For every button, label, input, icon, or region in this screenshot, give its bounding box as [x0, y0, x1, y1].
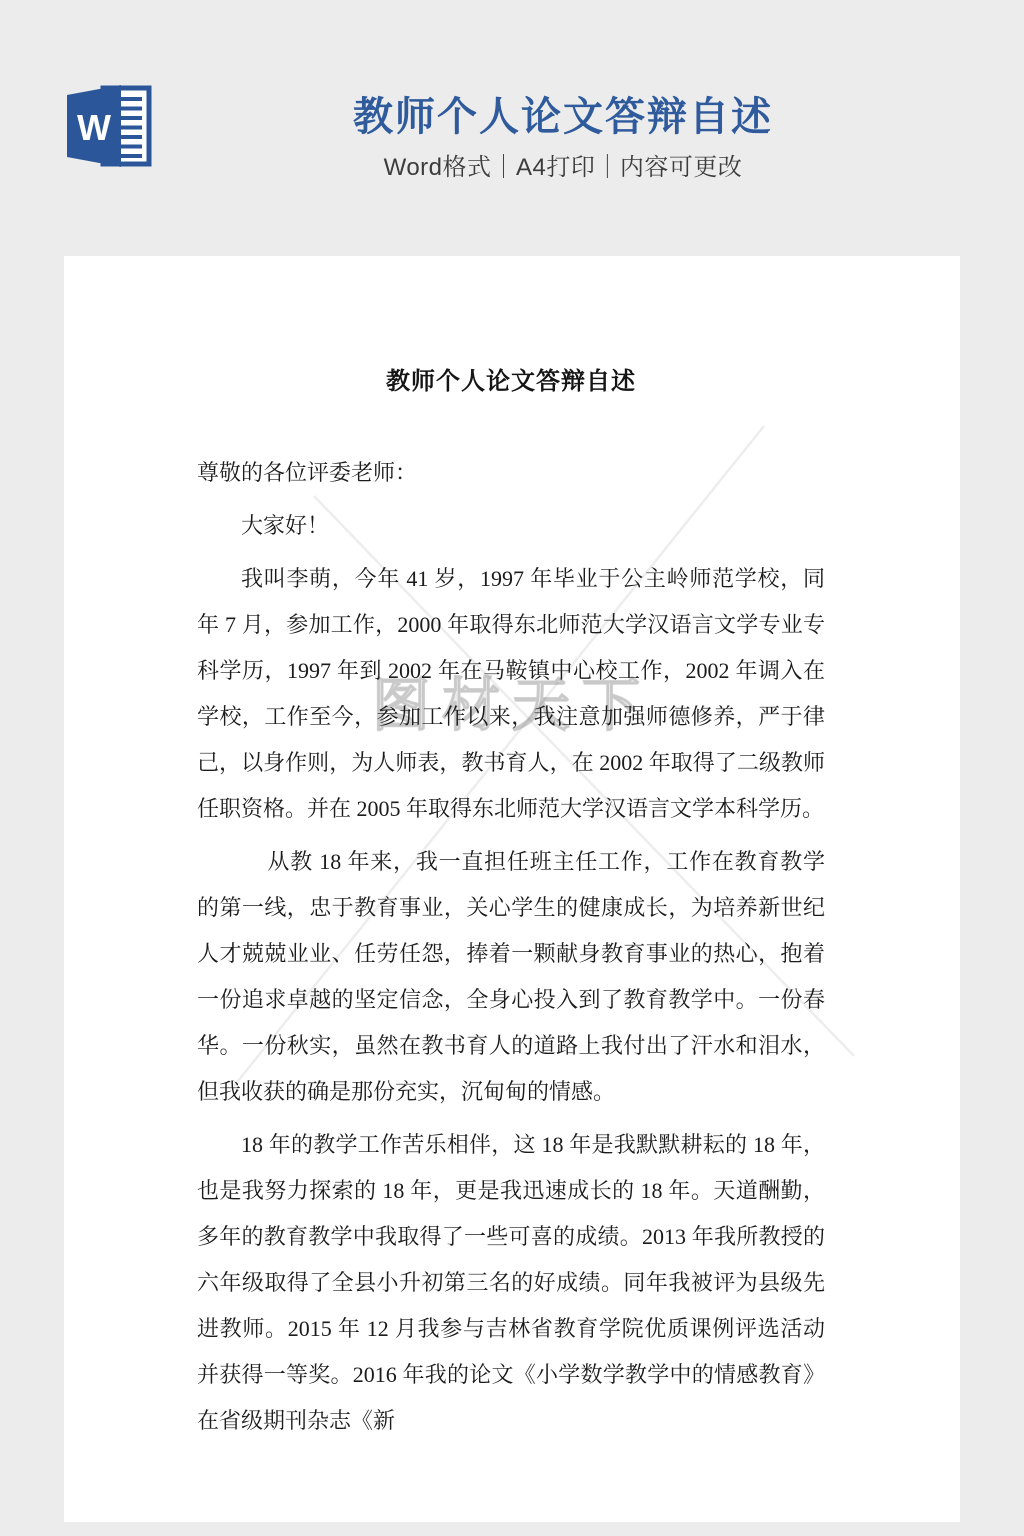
template-header: W 教师个人论文答辩自述 Word格式｜A4打印｜内容可更改 [0, 0, 1024, 256]
document-title: 教师个人论文答辩自述 [197, 366, 825, 398]
header-copy: 教师个人论文答辩自述 Word格式｜A4打印｜内容可更改 [102, 94, 1024, 182]
page-background: W 教师个人论文答辩自述 Word格式｜A4打印｜内容可更改 图材天下 教师个人… [0, 0, 1024, 1536]
document-paragraph: 尊敬的各位评委老师： [197, 450, 825, 496]
document-paragraph: 我叫李萌，今年 41 岁，1997 年毕业于公主岭师范学校，同年 7 月，参加工… [197, 556, 825, 832]
document-page: 图材天下 教师个人论文答辩自述 尊敬的各位评委老师：大家好！我叫李萌，今年 41… [64, 256, 960, 1522]
template-title: 教师个人论文答辩自述 [102, 94, 1024, 140]
document-paragraph: 18 年的教学工作苦乐相伴，这 18 年是我默默耕耘的 18 年，也是我努力探索… [197, 1122, 825, 1444]
document-paragraph: 大家好！ [197, 503, 825, 549]
template-subtitle: Word格式｜A4打印｜内容可更改 [102, 154, 1024, 182]
document-paragraph: 从教 18 年来，我一直担任班主任工作，工作在教育教学的第一线，忠于教育事业，关… [197, 839, 825, 1115]
document-body: 尊敬的各位评委老师：大家好！我叫李萌，今年 41 岁，1997 年毕业于公主岭师… [197, 450, 825, 1444]
